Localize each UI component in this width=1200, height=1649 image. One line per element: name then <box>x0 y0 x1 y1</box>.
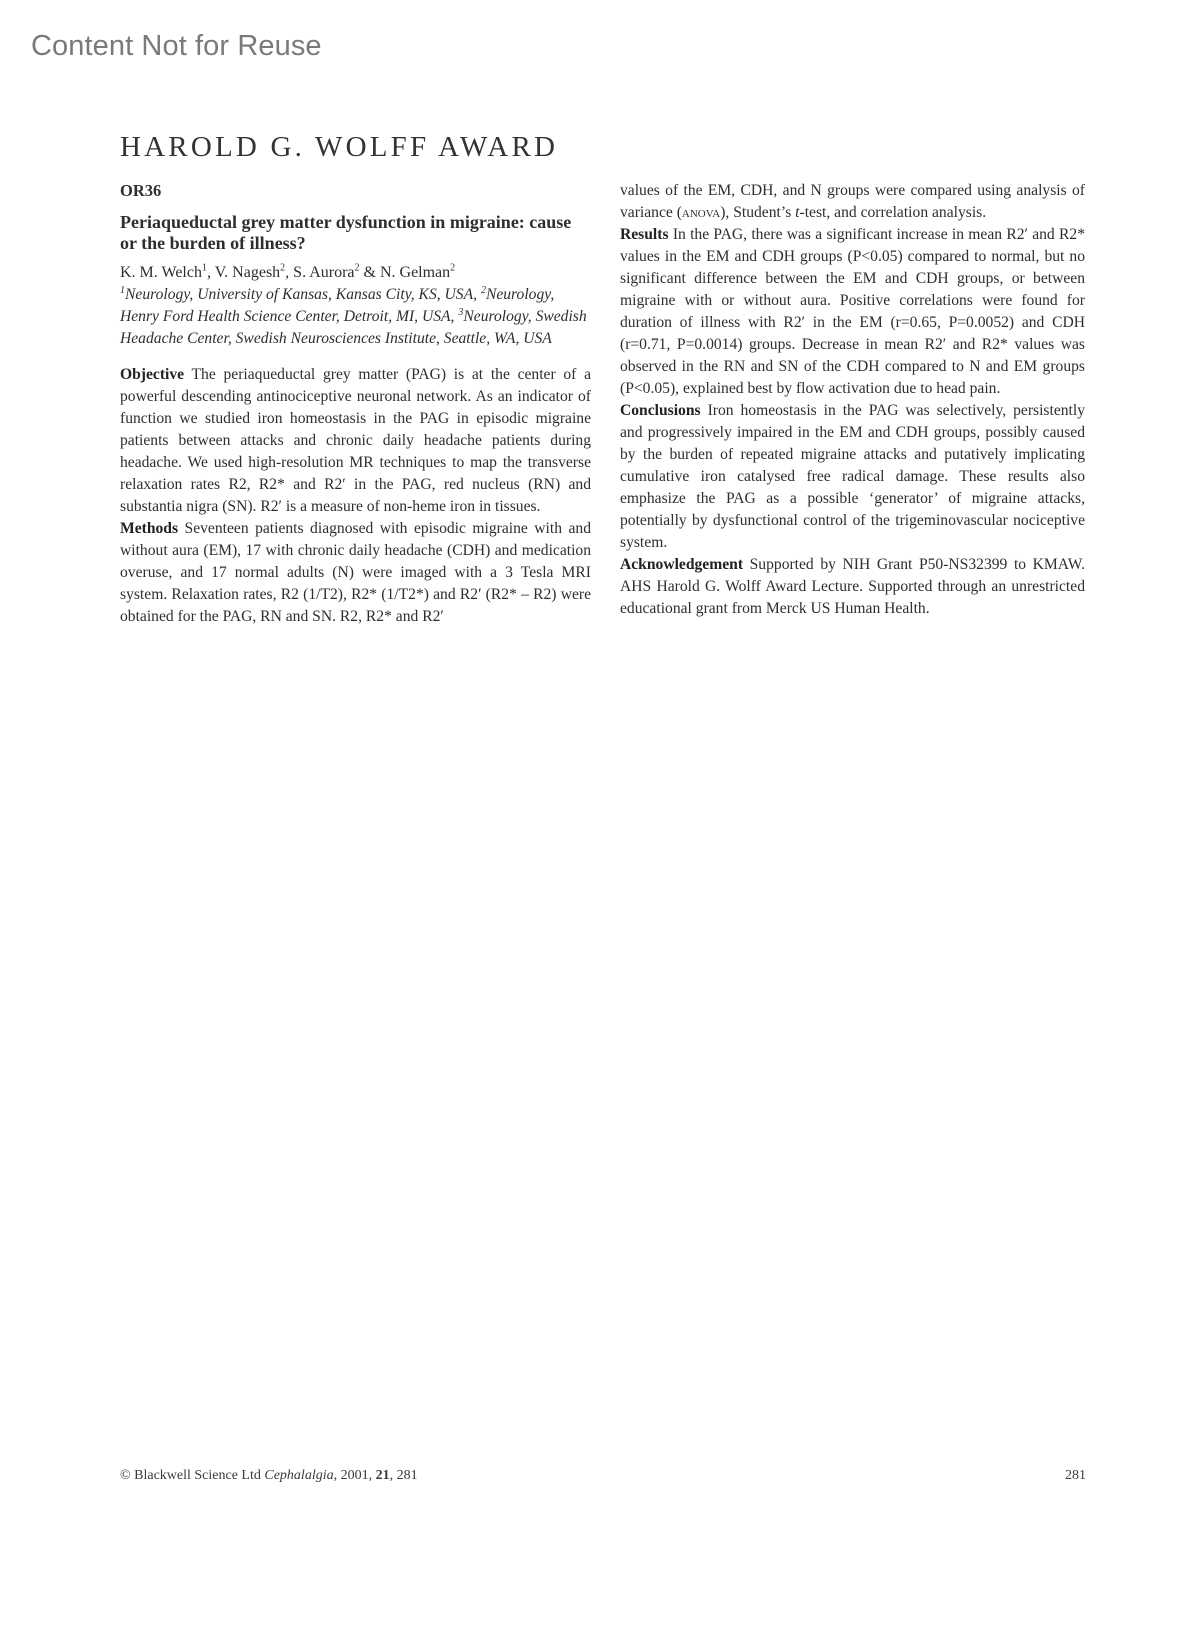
affiliation: Neurology, University of Kansas, Kansas … <box>125 286 477 303</box>
results-label: Results <box>620 226 669 243</box>
author-list: K. M. Welch1, V. Nagesh2, S. Aurora2 & N… <box>120 262 591 284</box>
volume: 21 <box>376 1468 390 1483</box>
author: N. Gelman <box>380 264 450 281</box>
abstract-id: OR36 <box>120 180 591 202</box>
journal-name: Cephalalgia <box>264 1468 333 1483</box>
results-text: In the PAG, there was a significant incr… <box>620 226 1085 397</box>
anova-abbrev: anova <box>682 204 720 221</box>
conclusions-text: Iron homeostasis in the PAG was selectiv… <box>620 402 1085 551</box>
conclusions-section: Conclusions Iron homeostasis in the PAG … <box>620 400 1085 554</box>
copyright-icon: © <box>120 1468 131 1483</box>
author-affil-ref: 2 <box>450 263 455 274</box>
year: 2001 <box>341 1468 369 1483</box>
page-number: 281 <box>1065 1468 1086 1484</box>
methods-continued: values of the EM, CDH, and N groups were… <box>620 180 1085 224</box>
author-separator: & <box>360 264 380 281</box>
page-footer: © Blackwell Science Ltd Cephalalgia, 200… <box>120 1468 1086 1484</box>
methods-label: Methods <box>120 520 178 537</box>
methods-text: Seventeen patients diagnosed with episod… <box>120 520 591 625</box>
objective-section: Objective The periaqueductal grey matter… <box>120 364 591 518</box>
affiliations: 1Neurology, University of Kansas, Kansas… <box>120 284 591 350</box>
acknowledgement-section: Acknowledgement Supported by NIH Grant P… <box>620 554 1085 620</box>
methods-text-cont: -test, and correlation analysis. <box>800 204 987 221</box>
publisher: Blackwell Science Ltd <box>134 1468 261 1483</box>
citation: © Blackwell Science Ltd Cephalalgia, 200… <box>120 1468 418 1484</box>
author: V. Nagesh <box>215 264 280 281</box>
conclusions-label: Conclusions <box>620 402 701 419</box>
page-ref: 281 <box>397 1468 418 1483</box>
methods-section: Methods Seventeen patients diagnosed wit… <box>120 518 591 628</box>
right-column: values of the EM, CDH, and N groups were… <box>620 180 1085 620</box>
objective-text: The periaqueductal grey matter (PAG) is … <box>120 366 591 515</box>
left-column: OR36 Periaqueductal grey matter dysfunct… <box>120 180 591 628</box>
watermark: Content Not for Reuse <box>31 30 322 63</box>
objective-label: Objective <box>120 366 184 383</box>
author-separator: , <box>207 264 215 281</box>
author: S. Aurora <box>293 264 354 281</box>
author: K. M. Welch <box>120 264 202 281</box>
acknowledgement-label: Acknowledgement <box>620 556 743 573</box>
section-heading: HAROLD G. WOLFF AWARD <box>120 131 558 164</box>
methods-text-cont: ), Student’s <box>720 204 795 221</box>
author-separator: , <box>285 264 293 281</box>
results-section: Results In the PAG, there was a signific… <box>620 224 1085 400</box>
abstract-title: Periaqueductal grey matter dysfunction i… <box>120 212 591 254</box>
